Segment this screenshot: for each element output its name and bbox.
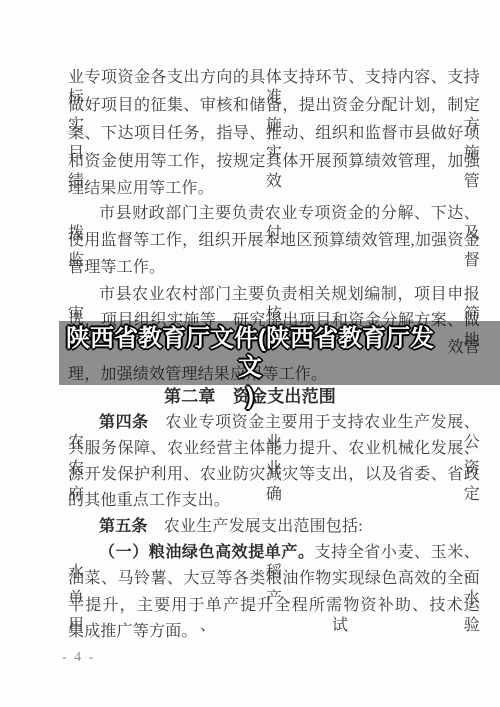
text-line: 案、下达项目任务，指导、推动、组织和监督市县做好项目实施 (68, 124, 480, 144)
text-line: 和资金使用等工作，按规定具体开展预算绩效管理，加强绩效管 (68, 152, 480, 172)
text-line: 集成推广等方面。 (68, 622, 480, 642)
text-line: 市县农业农村部门主要负责相关规划编制，项目申报审核筛 (68, 285, 480, 305)
text-line: 管理等工作。 (68, 258, 480, 278)
page-number: - 4 - (62, 650, 95, 666)
text-line: 业专项资金各支出方向的具体支持环节、支持内容、支持标准， (68, 68, 480, 88)
text-line: 第五条 农业生产发展支出范围包括: (68, 517, 480, 537)
caption-overlay-band: 陕西省教育厅文件(陕西省教育厅发文 ) (59, 321, 500, 385)
text-line: 第四条 农业专项资金主要用于支持农业生产发展、农业公 (68, 413, 480, 433)
text-line: 理结果应用等工作。 (68, 179, 480, 199)
text-line: 源开发保护利用、农业防灾减灾等支出，以及省委、省政府确定 (68, 465, 480, 485)
text-line: 使用监督等工作，组织开展本地区预算绩效管理,加强资金监督 (68, 231, 480, 251)
text-line: 平提升，主要用于单产提升全程所需物资补助、技术运用、试验 (68, 596, 480, 616)
text-line: 市县财政部门主要负责农业专项资金的分解、下达、拨付及 (68, 204, 480, 224)
overlay-caption-line2: ) (59, 382, 441, 411)
text-line: 油菜、马铃薯、大豆等各类粮油作物实现绿色高效的全面单产水 (68, 569, 480, 589)
text-line: 共服务保障、农业经营主体能力提升、农业机械化发展、农业资 (68, 439, 480, 459)
overlay-caption-line1: 陕西省教育厅文件(陕西省教育厅发文 (59, 324, 441, 382)
text-line: 的其他重点工作支出。 (68, 491, 480, 511)
text-line: 做好项目的征集、审核和储备，提出资金分配计划，制定实施方 (68, 96, 480, 116)
document-page: 业专项资金各支出方向的具体支持环节、支持内容、支持标准，做好项目的征集、审核和储… (0, 0, 500, 707)
text-line: （一）粮油绿色高效提单产。支持全省小麦、玉米、水稻、 (68, 543, 480, 563)
overlay-caption: 陕西省教育厅文件(陕西省教育厅发文 ) (59, 324, 441, 411)
